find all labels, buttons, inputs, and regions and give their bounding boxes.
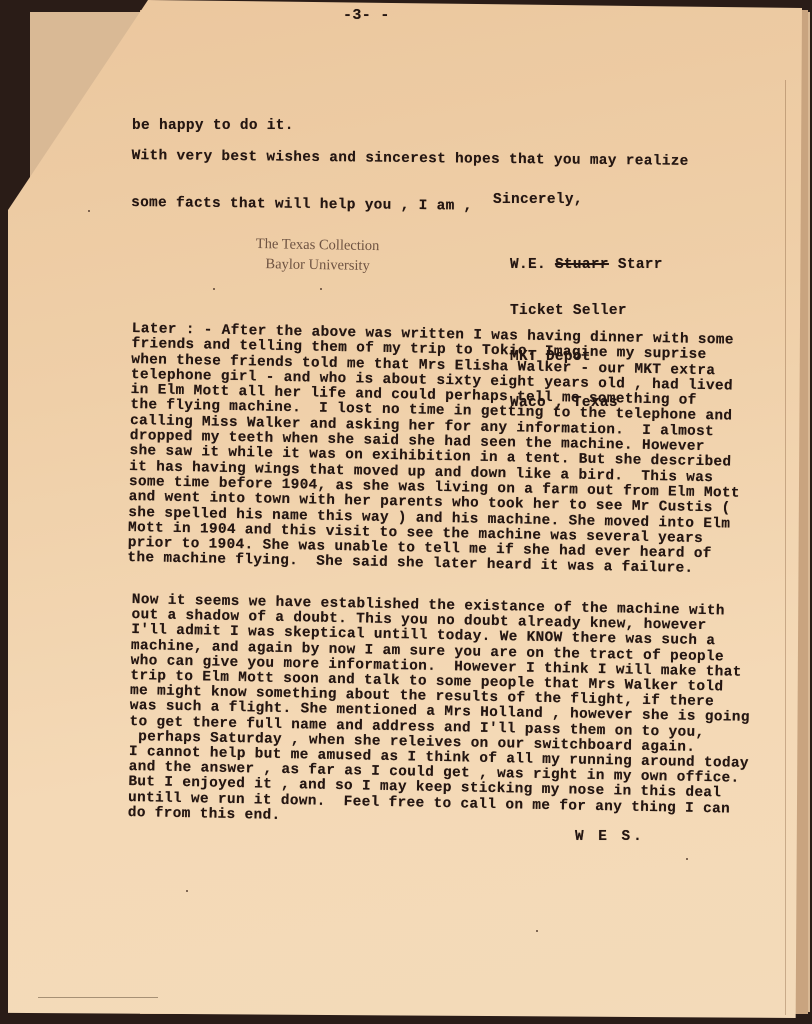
signature-name-suffix: Starr <box>609 257 663 273</box>
signature-name-prefix: W.E. <box>510 257 555 273</box>
postscript-paragraph-1: Later : - After the above was written I … <box>127 322 743 578</box>
paper-speck <box>88 210 90 212</box>
letter-page: -3- - be happy to do it. With very best … <box>8 0 802 1018</box>
text-line: some facts that will help you , I am , <box>131 196 688 217</box>
signature-initials: W E S. <box>575 830 645 846</box>
paper-speck <box>186 890 188 892</box>
page-number: -3- - <box>343 8 390 24</box>
paper-speck <box>686 858 688 860</box>
signature-name: W.E. Stuarr Starr <box>510 258 663 273</box>
archive-stamp-line1: The Texas Collection <box>256 234 380 256</box>
pencil-mark <box>38 997 158 998</box>
archive-stamp: The Texas Collection Baylor University <box>255 234 379 276</box>
page-edge-line <box>785 80 786 1015</box>
struck-through-text: Stuarr <box>555 257 609 273</box>
text-line: With very best wishes and sincerest hope… <box>132 149 689 170</box>
paper-speck <box>213 288 215 290</box>
postscript-paragraph-2: Now it seems we have established the exi… <box>128 593 752 833</box>
signature-title: Ticket Seller <box>510 304 663 319</box>
archive-stamp-line2: Baylor University <box>255 254 379 276</box>
paper-speck <box>320 288 322 290</box>
paper-speck <box>536 930 538 932</box>
closing-salutation: Sincerely, <box>493 193 583 209</box>
